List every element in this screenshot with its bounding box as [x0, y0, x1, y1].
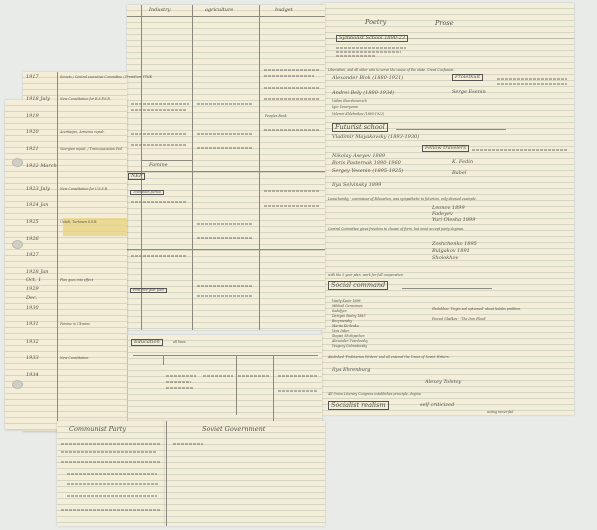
writer-kirilenko: Marita Kirilenko — [332, 325, 359, 328]
timeline-year: 1925 — [26, 220, 39, 225]
prose-heading: Prose — [435, 20, 454, 27]
poetry-heading: Poetry — [365, 19, 386, 26]
poet-pasternak: Boris Pasternak 1890-1960 — [332, 161, 401, 166]
punch-hole — [12, 240, 23, 249]
abolished-note: Abolished 'Proletarian Writers' and all … — [328, 356, 450, 359]
punch-hole — [12, 380, 23, 389]
writer-sadofyev: Sadofyev — [332, 310, 347, 313]
symbolist-school-label: Symbolist School 1890-23 — [336, 35, 408, 42]
forced-note: Forced Gladkov - 'The Iron Flood' — [432, 318, 486, 321]
timeline-entry: Famine in Ukraine — [60, 323, 90, 326]
communist-party-title: Communist Party — [69, 426, 126, 433]
fellow-travelers-label: Fellow travelers — [422, 145, 469, 152]
poet-aseyev: Nikolay Aseyev 1889 — [332, 154, 385, 159]
timeline-year: 1921 — [26, 147, 39, 152]
communist-party-sheet: Communist Party — [57, 421, 165, 526]
writer-bezymensky: Bezymensky — [332, 320, 352, 323]
writer-dolmatovsky: Yevgeny Dolmatovsky — [332, 345, 367, 348]
timeline-year: 1931 — [26, 322, 39, 327]
timeline-year: 1922 March — [26, 164, 57, 169]
writer-shchipachev: Stepan Shchipachev — [332, 335, 365, 338]
timeline-year: 1924 Jan — [26, 203, 49, 208]
writer-inber: Vera Inber — [332, 330, 349, 333]
all-union-note: All-Union Literary Congress establishes … — [328, 393, 421, 396]
education-subtitle: all lines — [173, 341, 186, 344]
writer-tvardovsky: Alexander Tvardovsky — [332, 340, 368, 343]
timeline-year: 1932 — [26, 340, 39, 345]
prose-babel: Babel — [452, 171, 466, 176]
timeline-entry: Plan goes into effect — [60, 279, 93, 282]
header-agriculture: agriculture — [205, 8, 233, 13]
poet-yesenin: Sergey Yesenin (1895-1925) — [332, 169, 403, 174]
poet-blok: Alexander Blok (1880-1921) — [332, 76, 403, 81]
socialist-realism-label: Socialist realism — [328, 401, 389, 410]
header-industry: Industry — [149, 8, 170, 13]
timeline-year: 1919 — [26, 114, 39, 119]
famine-label: Famine — [149, 163, 168, 168]
lunacharsky-note: Lunacharsky - commissar of Education, wa… — [328, 198, 477, 201]
poet-bely: Andrei Bely (1880-1934) — [332, 91, 394, 96]
social-command-label: Social command — [328, 281, 388, 290]
literature-sheet: Poetry Prose Symbolist School 1890-23 Li… — [322, 3, 574, 415]
education-title: Education — [131, 339, 163, 346]
timeline-entry: New Constitution — [60, 357, 88, 360]
soviet-government-sheet: Soviet Government — [165, 421, 325, 526]
timeline-year: Oct. 1 — [26, 278, 41, 283]
tolstoy-label: Alexey Tolstoy — [425, 380, 461, 385]
nep-label: NEP — [128, 173, 145, 180]
timeline-year: 1918 July — [26, 97, 50, 102]
acting-note: acting never fail — [487, 411, 513, 414]
education-sheet: Education all lines — [128, 335, 322, 427]
timeline-year: 1933 — [26, 356, 39, 361]
prose-sholokhov: Sholokhov — [432, 256, 458, 261]
timeline-year: 1930 — [26, 306, 39, 311]
writer-bedny: Demyan Bedny 1883 — [332, 315, 365, 318]
timeline-entry: Soviets / Central executive Committee / … — [60, 76, 152, 79]
writer-kazin: Vasily Kazin 1898 — [332, 300, 361, 303]
timeline-year: 1926 — [26, 237, 39, 242]
central-committee-note: Central Committee gives freedom to choos… — [328, 228, 464, 231]
prose-fedin: K. Fedin — [452, 160, 473, 165]
timeline-year: 1920 — [26, 130, 39, 135]
intro-note: Liberalism, and all other arts to serve … — [328, 69, 454, 72]
timeline-year: 1923 July — [26, 187, 50, 192]
timeline-entry: New Constitution for R.S.F.S.R. — [60, 98, 111, 101]
poet-selvinsky: Ilya Selvinsky 1899 — [332, 183, 381, 188]
timeline-year: 1928 Jan — [26, 270, 49, 275]
ehrenburg-label: Ilya Ehrenburg — [332, 368, 370, 373]
transition-period-label: Transition period — [130, 190, 164, 195]
futurist-school-label: Futurist school — [332, 123, 388, 132]
timeline-entry: Azerbaijan, Armenia repub. — [60, 131, 105, 134]
poet-shershenevich: Vadim Shershenevich — [332, 100, 367, 103]
first-five-year-plan-label: First five-year plan — [130, 288, 167, 293]
state-bank-label: Peoples Bank — [265, 115, 287, 118]
prose-bulgakov: Bulgakov 1891 — [432, 249, 470, 254]
prose-esenin: Serge Esenin — [452, 90, 486, 95]
timeline-year: 1917 — [26, 75, 39, 80]
writer-gerasimov: Mikhail Gerasimov — [332, 305, 362, 308]
five-year-note: with the 5 year plan, work for full coop… — [328, 274, 403, 277]
poet-khlebnikov: Velemir Khlebnikov (1885-1922) — [332, 113, 384, 116]
economy-sheet: Industry agriculture budget Peoples Bank… — [127, 5, 325, 330]
prose-zoshchenko: Zoshchenko 1895 — [432, 242, 477, 247]
timeline-entry: Uzbek, Turkmen S.S.R. — [60, 221, 97, 224]
timeline-year: 1934 — [26, 373, 39, 378]
poet-mayakovsky: Vladimir Mayakovsky (1893-1930) — [332, 135, 419, 140]
proletkult-label: Proletkult — [452, 74, 483, 81]
timeline-year: 1929 — [26, 287, 39, 292]
timeline-year: Dec. — [26, 296, 37, 301]
punch-hole — [12, 158, 23, 167]
timeline-entry: New Constitution for U.S.S.R. — [60, 188, 108, 191]
header-budget: budget — [275, 8, 293, 13]
timeline-year: 1927 — [26, 253, 39, 258]
timeline-entry: Georgian repub. / Transcaucasian Fed. — [60, 148, 123, 151]
soviet-government-title: Soviet Government — [202, 426, 265, 433]
prose-olesha: Yuri Olesha 1899 — [432, 218, 475, 223]
poet-severyanin: Igor Severyanin — [332, 106, 358, 109]
sholokhov-note: Sholokhov 'Virgin soil upturned' about k… — [432, 308, 521, 311]
self-criticized-label: self criticized — [420, 403, 454, 408]
